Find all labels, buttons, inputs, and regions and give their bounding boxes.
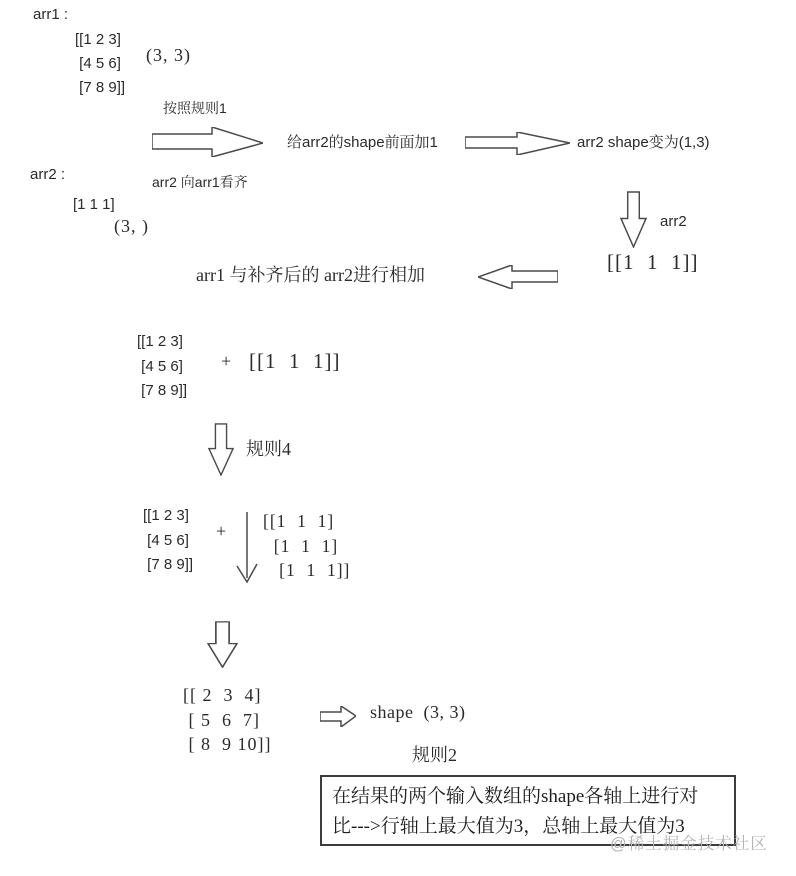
broadcast-matrix: [[1 1 1] [1 1 1] [1 1 1]] (263, 509, 350, 583)
rule2-label: 规则2 (412, 741, 457, 767)
broadcast-down-arrow-icon (236, 510, 260, 586)
plus-sign: + (221, 351, 231, 372)
result-shape-label: shape (3, 3) (370, 702, 465, 723)
addition1-left-matrix: [[1 2 3] [4 5 6] [7 8 9]] (137, 330, 187, 404)
arr2-label: arr2 : (30, 166, 65, 183)
arrow-left-icon (478, 265, 558, 289)
arr2-tag: arr2 (660, 213, 687, 230)
arrow-down-icon (620, 191, 647, 248)
arr1-shape: (3, 3) (146, 45, 191, 66)
add-caption: arr1 与补齐后的 arr2进行相加 (196, 261, 425, 287)
watermark: @稀土掘金技术社区 (610, 830, 768, 854)
addition1-operand: [[1 1 1]] (249, 349, 340, 374)
padded-arr2-array: [[1 1 1]] (607, 250, 698, 275)
addition2-left-matrix: [[1 2 3] [4 5 6] [7 8 9]] (143, 504, 193, 578)
reshape-result-label: arr2 shape变为(1,3) (577, 131, 710, 152)
arrow-down-icon (207, 621, 238, 668)
arrow-down-icon (208, 423, 234, 476)
arr1-label: arr1 : (33, 6, 68, 23)
arr1-matrix: [[1 2 3] [4 5 6] [7 8 9]] (75, 28, 125, 100)
result-matrix: [[ 2 3 4] [ 5 6 7] [ 8 9 10]] (183, 683, 271, 757)
arr2-shape: (3, ) (114, 216, 149, 237)
arrow-right-icon (320, 706, 356, 727)
arrow-right-icon (465, 132, 570, 155)
arrow-right-icon (152, 127, 263, 157)
plus-sign: + (216, 521, 226, 542)
rule1-align-note: arr2 向arr1看齐 (152, 172, 248, 192)
arr2-matrix: [1 1 1] (73, 196, 115, 213)
broadcast-diagram: arr1 : [[1 2 3] [4 5 6] [7 8 9]] (3, 3) … (0, 0, 796, 876)
rule1-result-label: 给arr2的shape前面加1 (287, 131, 438, 152)
rule1-note: 按照规则1 (163, 98, 227, 118)
rule4-label: 规则4 (246, 435, 291, 461)
